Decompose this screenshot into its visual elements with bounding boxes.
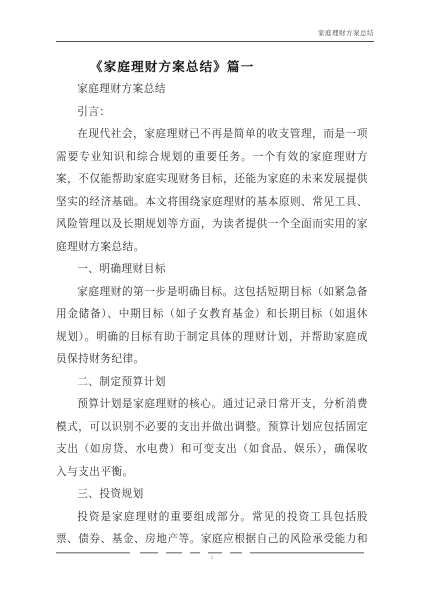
running-header: 家庭理财方案总结: [56, 28, 374, 37]
section-heading: 三、投资规划: [56, 484, 368, 507]
paragraph: 在现代社会，家庭理财已不再是简单的收支管理，而是一项需要专业知识和综合规划的重要…: [56, 124, 368, 259]
section-heading: 一、明确理财目标: [56, 259, 368, 282]
document-page: 家庭理财方案总结 《家庭理财方案总结》篇一 家庭理财方案总结引言：在现代社会，家…: [0, 0, 424, 600]
page-number: 1: [56, 555, 368, 561]
paragraph: 家庭理财方案总结: [56, 79, 368, 102]
paragraph: 家庭理财的第一步是明确目标。这包括短期目标（如紧急备用金储备）、中期目标（如子女…: [56, 282, 368, 372]
paragraph: 投资是家庭理财的重要组成部分。常见的投资工具包括股票、债券、基金、房地产等。家庭…: [56, 507, 368, 556]
paragraph: 预算计划是家庭理财的核心。通过记录日常开支，分析消费模式，可以识别不必要的支出并…: [56, 394, 368, 484]
paragraph: 引言：: [56, 102, 368, 125]
section-heading: 二、制定预算计划: [56, 372, 368, 395]
document-title: 《家庭理财方案总结》篇一: [90, 57, 254, 75]
footer-rule: [56, 552, 364, 554]
header-rule: [56, 41, 374, 42]
document-body: 家庭理财方案总结引言：在现代社会，家庭理财已不再是简单的收支管理，而是一项需要专…: [56, 79, 368, 555]
